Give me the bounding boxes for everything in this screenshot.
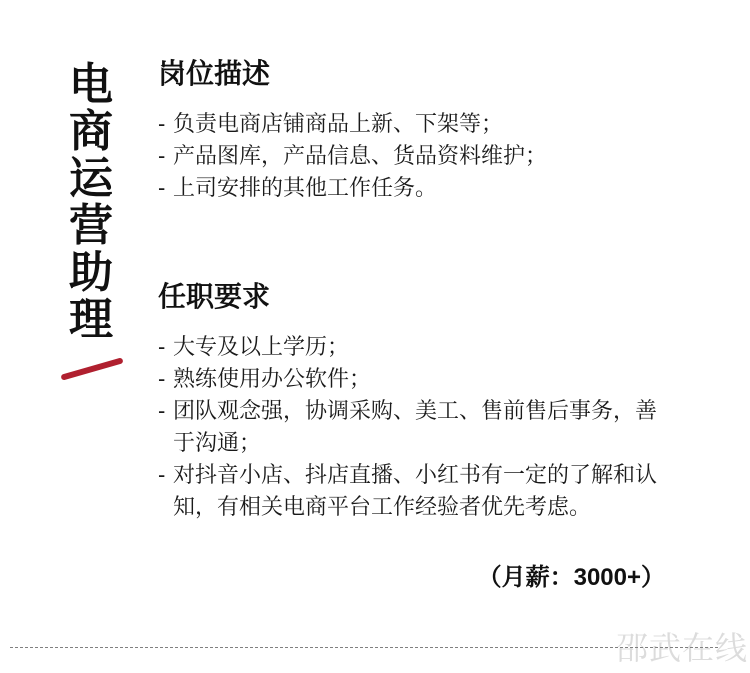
job-title-char: 电 — [66, 61, 116, 108]
bullet-marker: - — [158, 459, 165, 491]
bullet-marker: - — [158, 108, 165, 140]
section-job-description: 岗位描述 -负责电商店铺商品上新、下架等；-产品图库，产品信息、货品资料维护；-… — [158, 58, 665, 204]
job-title-char: 助 — [66, 249, 116, 296]
list-item: -上司安排的其他工作任务。 — [158, 172, 665, 204]
bullet-list-job-description: -负责电商店铺商品上新、下架等；-产品图库，产品信息、货品资料维护；-上司安排的… — [158, 108, 665, 204]
bullet-marker: - — [158, 172, 165, 204]
bullet-marker: - — [158, 363, 165, 395]
job-title-char: 运 — [66, 155, 116, 202]
salary-note: （月薪：3000+） — [158, 563, 665, 593]
bullet-text: 对抖音小店、抖店直播、小红书有一定的了解和认知，有相关电商平台工作经验者优先考虑… — [173, 462, 657, 519]
job-title-char: 营 — [66, 202, 116, 249]
job-title-char: 理 — [66, 296, 116, 343]
bullet-text: 产品图库，产品信息、货品资料维护； — [173, 143, 547, 168]
list-item: -产品图库，产品信息、货品资料维护； — [158, 140, 665, 172]
section-heading-job-description: 岗位描述 — [158, 58, 665, 90]
content-column: 岗位描述 -负责电商店铺商品上新、下架等；-产品图库，产品信息、货品资料维护；-… — [158, 58, 665, 593]
watermark: 邵武在线 — [616, 630, 748, 666]
dashed-divider — [10, 647, 718, 648]
job-title-char: 商 — [66, 108, 116, 155]
bullet-text: 负责电商店铺商品上新、下架等； — [173, 111, 503, 136]
bullet-text: 上司安排的其他工作任务。 — [173, 175, 437, 200]
bullet-marker: - — [158, 331, 165, 363]
bullet-marker: - — [158, 140, 165, 172]
job-posting-page: 电商运营助理 岗位描述 -负责电商店铺商品上新、下架等；-产品图库，产品信息、货… — [0, 0, 750, 673]
bullet-text: 大专及以上学历； — [173, 334, 349, 359]
list-item: -熟练使用办公软件； — [158, 363, 665, 395]
bullet-list-job-requirements: -大专及以上学历；-熟练使用办公软件；-团队观念强，协调采购、美工、售前售后事务… — [158, 331, 665, 523]
list-item: -负责电商店铺商品上新、下架等； — [158, 108, 665, 140]
bullet-marker: - — [158, 395, 165, 427]
job-title-vertical: 电商运营助理 — [66, 61, 116, 343]
section-heading-job-requirements: 任职要求 — [158, 281, 665, 313]
list-item: -对抖音小店、抖店直播、小红书有一定的了解和认知，有相关电商平台工作经验者优先考… — [158, 459, 665, 523]
red-slash-accent — [60, 357, 123, 380]
bullet-text: 熟练使用办公软件； — [173, 366, 371, 391]
section-job-requirements: 任职要求 -大专及以上学历；-熟练使用办公软件；-团队观念强，协调采购、美工、售… — [158, 281, 665, 523]
bullet-text: 团队观念强，协调采购、美工、售前售后事务，善于沟通； — [173, 398, 657, 455]
list-item: -团队观念强，协调采购、美工、售前售后事务，善于沟通； — [158, 395, 665, 459]
list-item: -大专及以上学历； — [158, 331, 665, 363]
